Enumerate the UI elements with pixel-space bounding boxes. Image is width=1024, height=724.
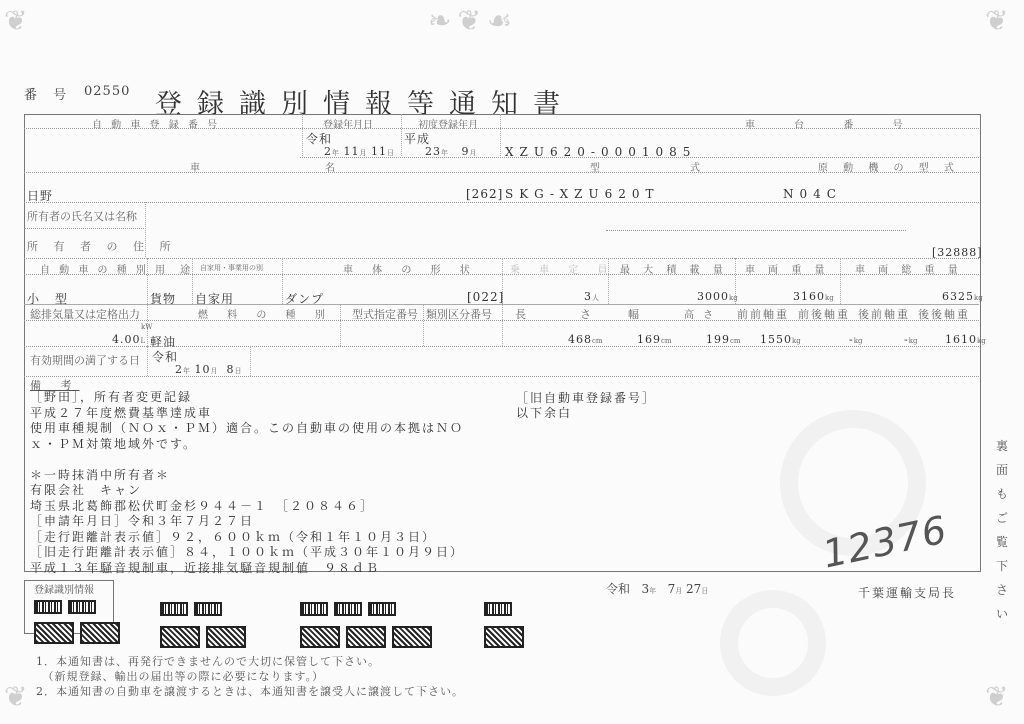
- remarks-line: ［旧走行距離計表示値］８４，１００ｋｍ（平成３０年１０月９日）: [30, 543, 464, 560]
- unit-kg: kg: [909, 337, 918, 345]
- expiry-day: 8: [227, 363, 235, 376]
- unit-cm: cm: [592, 337, 603, 345]
- displacement-unit-kw: kW: [141, 323, 152, 331]
- qr-code-icon: [334, 602, 362, 616]
- corner-ornament-top-right-icon: ❦: [985, 4, 1008, 37]
- old-reg-value: 以下余白: [516, 404, 572, 421]
- see-reverse-side-note: 裏面もご覧下さい: [995, 434, 1009, 626]
- issue-year: 3: [641, 582, 649, 596]
- height-label: 高 さ: [684, 306, 716, 321]
- qr-code-icon: [194, 602, 222, 616]
- gross-weight-value: 6325: [942, 290, 974, 303]
- height: 199cm: [706, 333, 741, 346]
- vehicle-weight: 3160kg: [793, 290, 834, 303]
- rear-rear-axle-value: 1610: [945, 333, 977, 346]
- owner-address-label: 所 有 者 の 住 所: [27, 238, 176, 254]
- rear-front-axle: -kg: [904, 333, 917, 346]
- unit-liter: L: [141, 337, 146, 345]
- unit-day: 日: [235, 367, 242, 375]
- qr-code-icon: [368, 602, 396, 616]
- qr-code-icon: [392, 626, 432, 648]
- issue-date: 令和 3年 7月 27日: [606, 580, 708, 597]
- qr-code-icon: [160, 626, 200, 648]
- remarks-line: 埼玉県北葛飾郡松伏町金杉９４４－１ ［２０８４６］: [30, 497, 374, 514]
- remarks-line: ［走行距離計表示値］９２，６００ｋｍ（令和１年１０月３日）: [30, 528, 436, 545]
- issue-era: 令和: [606, 582, 630, 596]
- document-number-label: 番 号: [24, 84, 72, 103]
- document-number: 02550: [84, 84, 130, 99]
- owner-name-label: 所有者の氏名又は名称: [27, 208, 137, 224]
- qr-codes-group-3-row-1: [484, 602, 512, 616]
- max-load-value: 3000: [697, 290, 729, 303]
- remarks-line: 平成１３年騒音規制車，近接排気騒音規制値 ９８ｄＢ: [30, 559, 380, 576]
- remarks-line: 有限会社 キャン: [30, 481, 142, 498]
- unit-kg: kg: [729, 294, 738, 302]
- height-value: 199: [706, 333, 730, 346]
- expiry-year: 2: [175, 363, 183, 376]
- unit-year: 年: [332, 149, 339, 157]
- qr-box-label: 登録識別情報: [34, 581, 94, 596]
- qr-code-icon: [160, 602, 188, 616]
- qr-code-icon: [484, 626, 524, 648]
- displacement-value: 4.00: [112, 333, 141, 346]
- remarks-line: 使用車種規制（ＮＯｘ・ＰＭ）適合。この自動車の使用の本拠はＮＯ: [30, 419, 464, 436]
- qr-code-icon: [34, 600, 62, 614]
- unit-month: 月: [211, 367, 218, 375]
- qr-codes-group-3-row-2: [484, 626, 524, 648]
- qr-code-icon: [80, 622, 120, 644]
- qr-codes-group-2-row-1: [300, 602, 396, 616]
- corner-ornament-bottom-right-icon: ❦: [985, 680, 1008, 713]
- model-code: [262]: [466, 187, 503, 201]
- corner-ornament-top-left-icon: ❦: [4, 4, 27, 37]
- corner-ornament-bottom-left-icon: ❦: [4, 680, 27, 713]
- footer-note: （新規登録、輸出の届出等の際に必要になります。）: [36, 668, 324, 684]
- expiry-label: 有効期間の満了する日: [30, 352, 140, 368]
- capacity-value: 3: [584, 290, 592, 303]
- qr-code-icon: [34, 622, 74, 644]
- rear-rear-axle: 1610kg: [945, 333, 986, 346]
- unit-kg: kg: [792, 337, 801, 345]
- watermark-seal: [720, 590, 826, 696]
- unit-cm: cm: [730, 337, 741, 345]
- unit-year: 年: [441, 149, 448, 157]
- unit-day: 日: [387, 149, 394, 157]
- qr-codes-box-row-2: [34, 622, 120, 644]
- unit-year: 年: [183, 367, 190, 375]
- front-front-axle-value: 1550: [760, 333, 792, 346]
- qr-code-icon: [484, 602, 512, 616]
- unit-kg: kg: [854, 337, 863, 345]
- unit-month: 月: [675, 587, 682, 595]
- max-load: 3000kg: [697, 290, 738, 303]
- vehicle-weight-value: 3160: [793, 290, 825, 303]
- unit-day: 日: [701, 587, 708, 595]
- width-value: 169: [637, 333, 661, 346]
- qr-codes-group-1-row-1: [160, 602, 222, 616]
- unit-year: 年: [649, 587, 656, 595]
- remarks-line: 平成２７年度燃費基準達成車: [30, 404, 212, 421]
- remarks-line: ［野田］，所有者変更記録: [30, 388, 192, 405]
- expiry-month: 10: [195, 363, 211, 376]
- issue-day: 27: [686, 582, 701, 596]
- qr-code-icon: [300, 626, 340, 648]
- length-value: 468: [568, 333, 592, 346]
- footer-note: 2．本通知書の自動車を譲渡するときは、本通知書を譲受人に譲渡して下さい。: [36, 683, 464, 699]
- qr-code-icon: [206, 626, 246, 648]
- top-center-ornament-icon: ❧❦☙: [428, 4, 518, 37]
- expiry-date: 2年 10月 8日: [175, 363, 242, 376]
- qr-codes-group-2-row-2: [300, 626, 432, 648]
- remarks-line: ｘ・ＰＭ対策地域外です。: [30, 435, 197, 452]
- unit-person: 人: [592, 294, 599, 302]
- unit-kg: kg: [825, 294, 834, 302]
- width: 169cm: [637, 333, 672, 346]
- front-front-axle: 1550kg: [760, 333, 801, 346]
- unit-cm: cm: [661, 337, 672, 345]
- displacement: 4.00L: [112, 333, 145, 346]
- remarks-line: ［申請年月日］令和３年７月２７日: [30, 512, 254, 529]
- footer-note: 1．本通知書は、再発行できませんので大切に保管して下さい。: [36, 653, 380, 669]
- gross-weight: 6325kg: [942, 290, 983, 303]
- qr-code-icon: [68, 600, 96, 614]
- unit-month: 月: [360, 149, 367, 157]
- fuel-type-label: 燃 料 の 種 別: [198, 306, 333, 321]
- private-use-label: 自家用・事業用の別: [200, 263, 263, 273]
- qr-code-icon: [300, 602, 328, 616]
- unit-kg: kg: [977, 337, 986, 345]
- qr-codes-group-1-row-2: [160, 626, 246, 648]
- front-rear-axle: -kg: [849, 333, 862, 346]
- qr-code-icon: [346, 626, 386, 648]
- remarks-line: ＊一時抹消中所有者＊: [30, 466, 170, 483]
- issuer: 千葉運輸支局長: [858, 584, 956, 601]
- capacity: 3人: [584, 290, 599, 303]
- model: SKG-XZU620T: [505, 187, 660, 201]
- qr-codes-box-row-1: [34, 600, 96, 614]
- length: 468cm: [568, 333, 603, 346]
- unit-month: 月: [470, 149, 477, 157]
- unit-kg: kg: [974, 294, 983, 302]
- engine-model: N04C: [783, 187, 842, 201]
- body-shape-code: [022]: [467, 290, 504, 304]
